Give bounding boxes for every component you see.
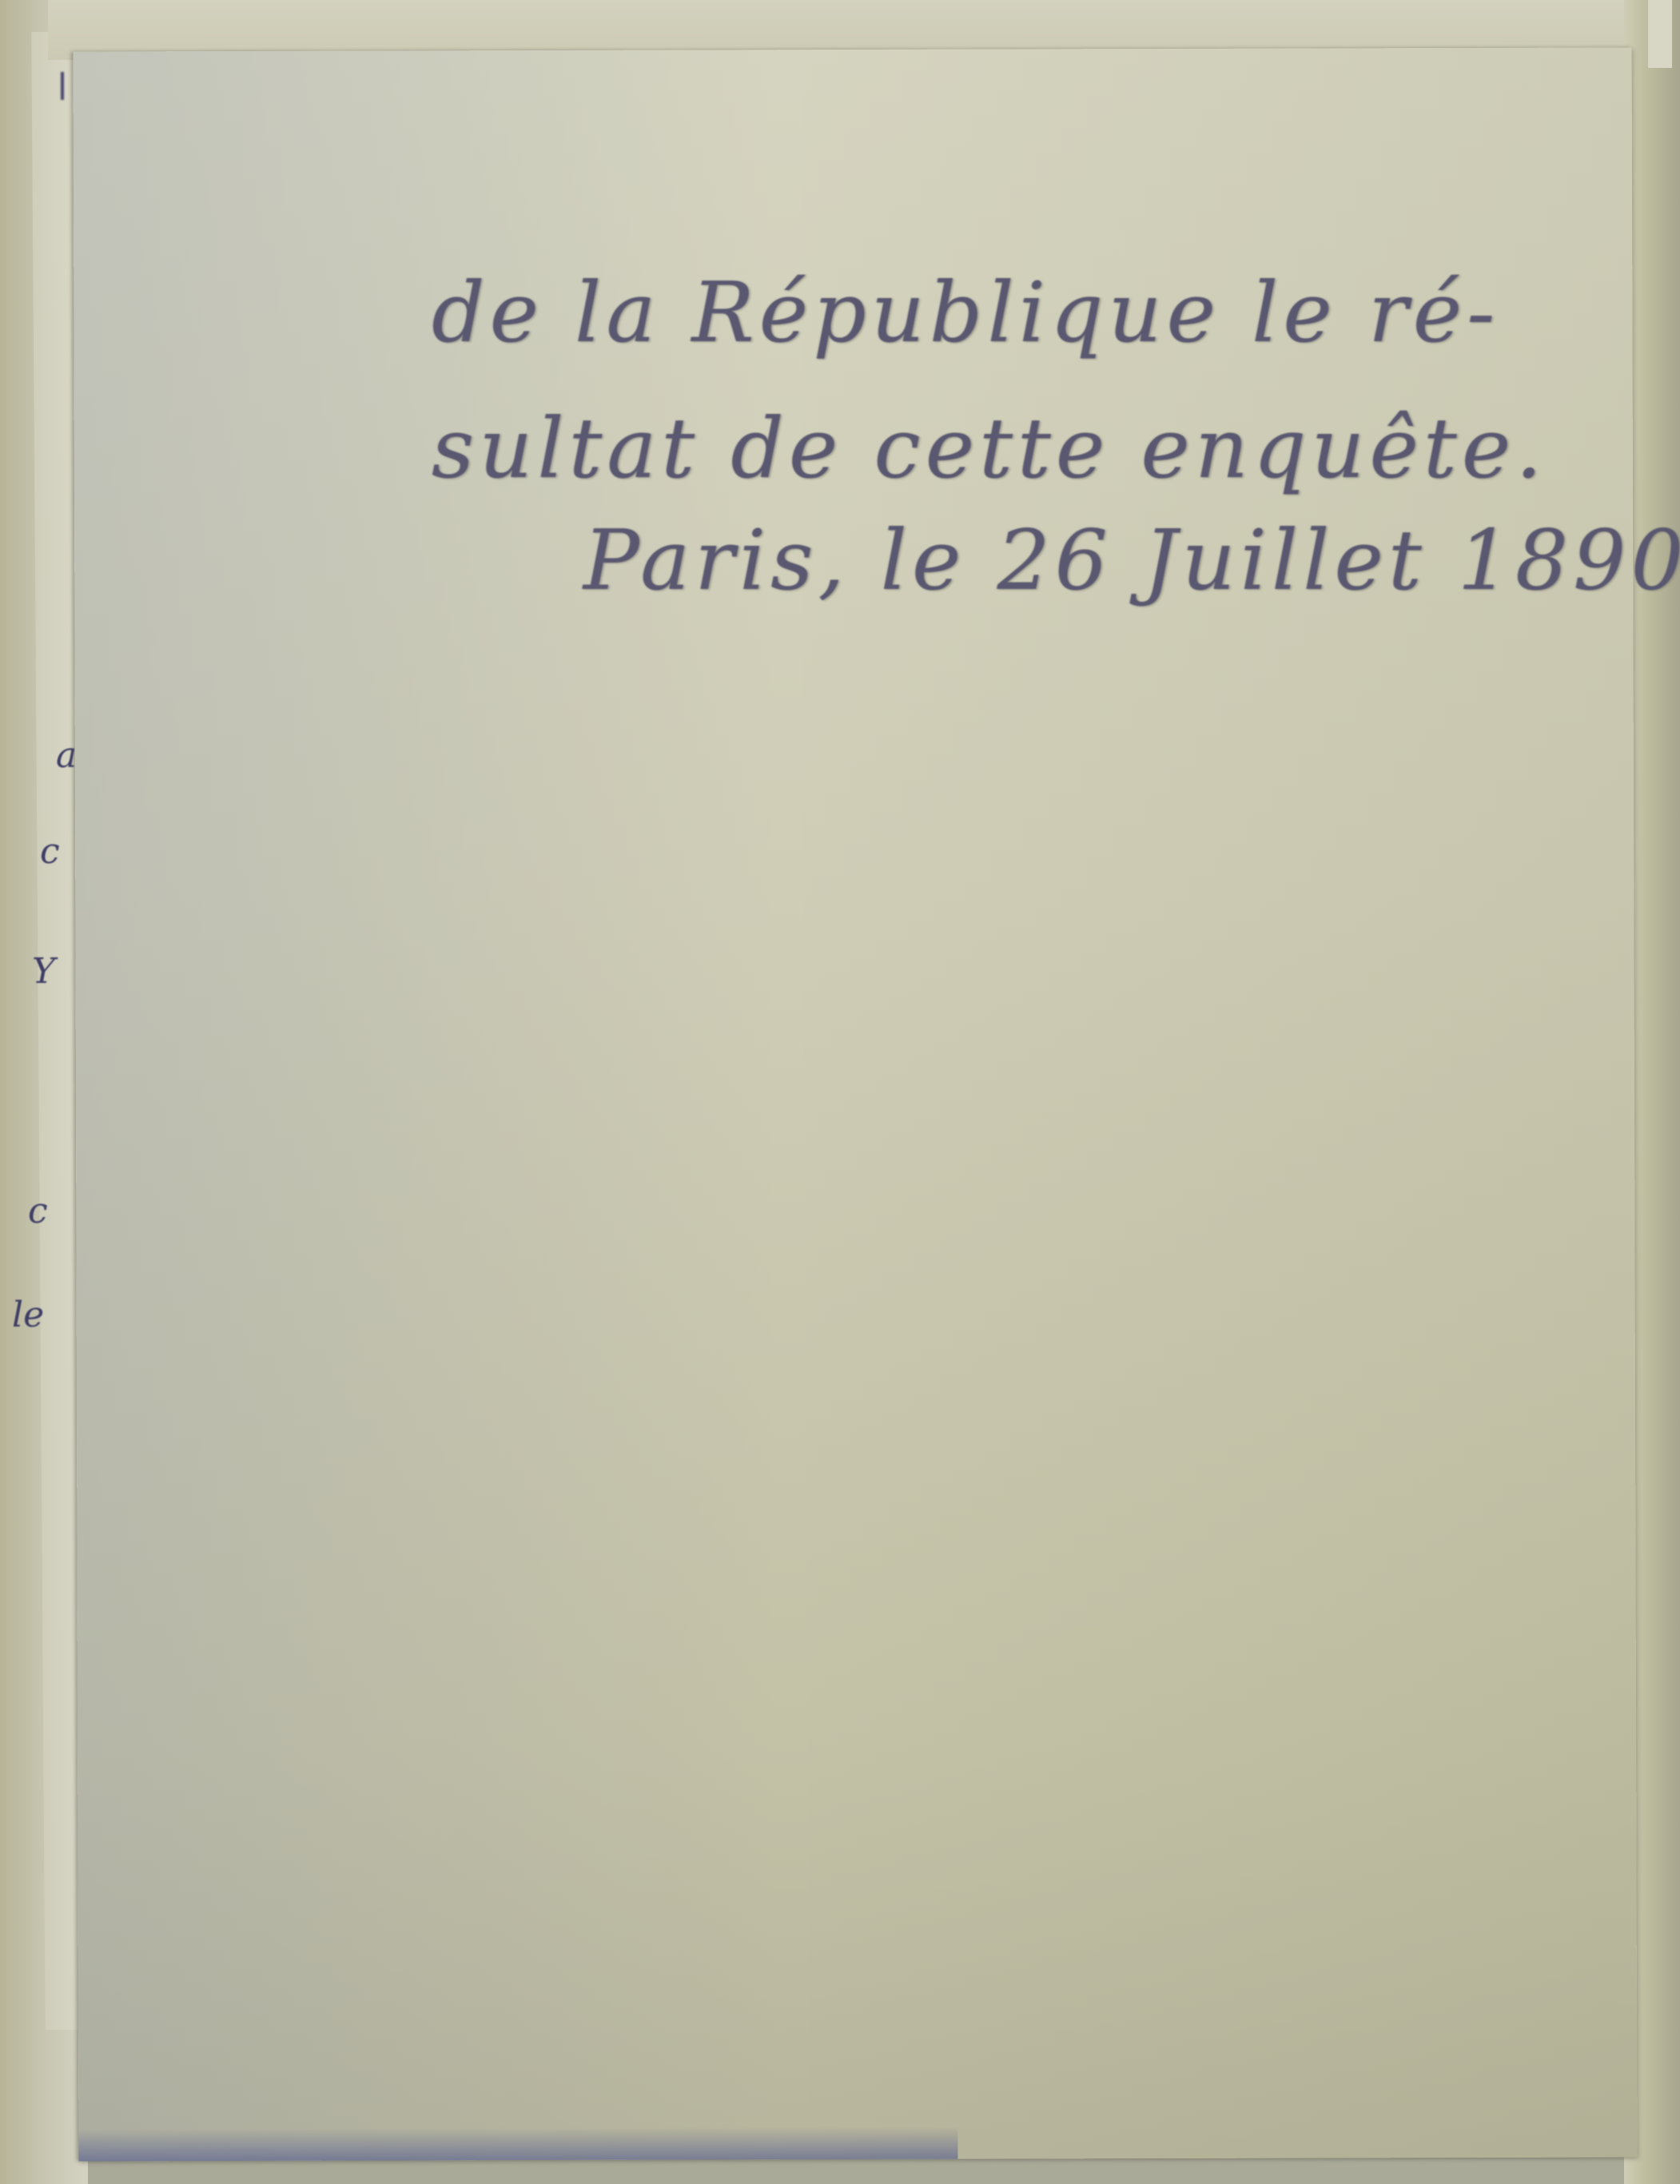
- handwritten-line-1: de la République le ré-: [432, 264, 1499, 361]
- underlying-margin-marks: a c Y c le: [8, 32, 80, 1390]
- letter-page: [74, 47, 1638, 2161]
- margin-fragment: a: [56, 735, 77, 776]
- photo-scene: a c Y c le de la République le ré- sulta…: [0, 0, 1680, 2184]
- margin-fragment: c: [40, 831, 60, 872]
- margin-fragment: c: [28, 1191, 48, 1231]
- page-shadow: [78, 2127, 957, 2162]
- margin-fragment: le: [12, 1295, 44, 1335]
- ink-tick: [61, 72, 64, 100]
- right-tab: [1648, 0, 1672, 68]
- handwritten-date-line: Paris, le 26 Juillet 1890.: [583, 511, 1680, 609]
- margin-fragment: Y: [32, 951, 55, 992]
- handwritten-line-2: sultat de cette enquête.: [432, 400, 1547, 497]
